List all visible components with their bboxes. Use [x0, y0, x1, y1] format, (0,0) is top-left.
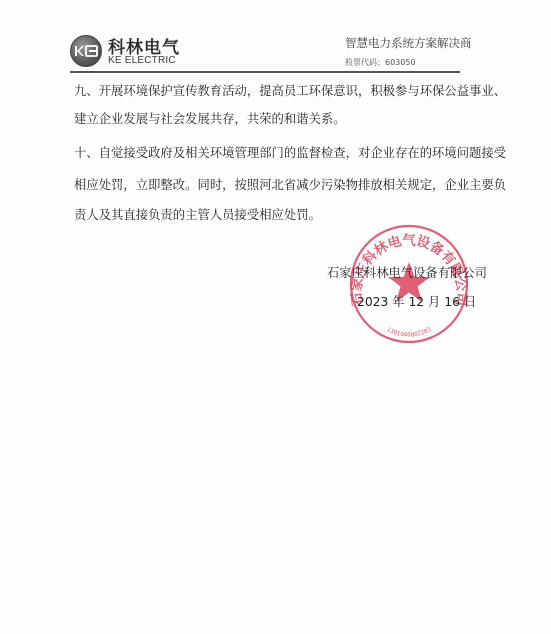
seal-serial-text: 1301040002203 [386, 326, 433, 339]
date-month: 12 [408, 295, 424, 309]
stock-code-value: 603050 [385, 58, 416, 67]
signature-date: 2023 年 12 月 16 日 [357, 292, 476, 310]
ke-logo-icon [70, 35, 102, 67]
company-slogan: 智慧电力系统方案解决商 [345, 35, 472, 51]
header-divider [70, 71, 460, 73]
paragraph-10-line-1: 十、自觉接受政府及相关环境管理部门的监督检查，对企业存在的环境问题接受 [74, 143, 506, 161]
stock-code: 股票代码：603050 [345, 57, 416, 68]
brand-name-en: KE ELECTRIC [108, 55, 176, 66]
company-seal-icon: 石家庄科林电气设备有限公司 1301040002203 [345, 222, 473, 346]
date-day-unit: 日 [464, 295, 476, 309]
paragraph-9-line-2: 建立企业发展与社会发展共存，共荣的和谐关系。 [74, 109, 346, 127]
svg-text:1301040002203: 1301040002203 [386, 326, 433, 339]
ke-logo-mark-icon [74, 45, 98, 57]
date-year: 2023 [357, 295, 388, 309]
paragraph-9-line-1: 九、开展环境保护宣传教育活动，提高员工环保意识，积极参与环保公益事业、 [74, 81, 506, 99]
date-day: 16 [444, 295, 460, 309]
paragraph-10-line-2: 相应处罚，立即整改。同时，按照河北省减少污染物排放相关规定，企业主要负 [74, 175, 506, 193]
stock-code-label: 股票代码： [345, 58, 385, 67]
paragraph-10-line-3: 责人及其直接负责的主管人员接受相应处罚。 [74, 205, 321, 223]
signature-company: 石家庄科林电气设备有限公司 [327, 263, 487, 281]
date-year-unit: 年 [392, 295, 404, 309]
date-month-unit: 月 [428, 295, 440, 309]
document-page: 科林电气 KE ELECTRIC 智慧电力系统方案解决商 股票代码：603050… [0, 0, 551, 634]
